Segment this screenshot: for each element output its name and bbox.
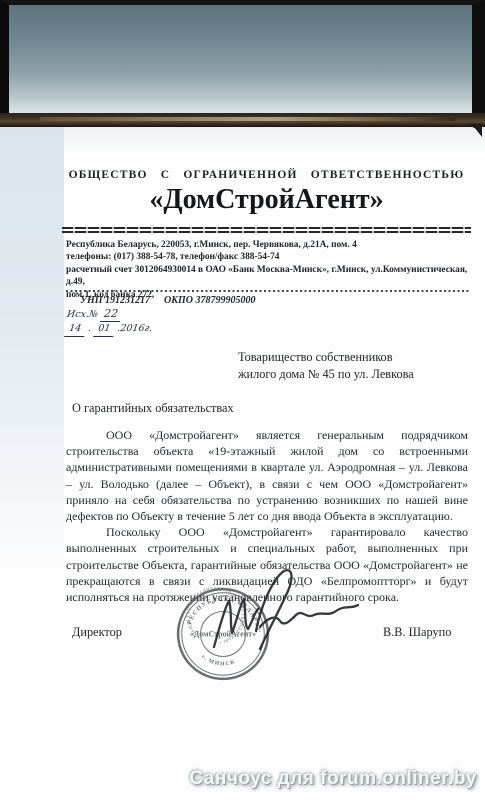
unp-number: УНП 191231217	[80, 295, 150, 306]
outgoing-number-label: Исх.№	[66, 309, 98, 320]
top-scan-shadow	[64, 127, 485, 153]
separator-dotted-line	[66, 290, 471, 292]
company-name: «ДомСтройАгент»	[64, 184, 469, 216]
scanner-lid-background	[0, 0, 485, 113]
separator-double-line	[62, 227, 471, 235]
outgoing-reference-handwritten: Исх.№ 22 14 . 01 .2016г.	[64, 307, 155, 337]
body-paragraph: ООО «Домстройагент» является генеральным…	[66, 427, 468, 524]
okpo-number: ОКПО 378799905000	[164, 295, 256, 306]
date-month: 01	[93, 322, 115, 337]
outgoing-date-line: 14 . 01 .2016г.	[64, 322, 153, 337]
signer-name: В.В. Шарупо	[383, 625, 451, 640]
page-top-shadow-edge	[0, 113, 485, 127]
registration-numbers: УНП 191231217ОКПО 378799905000	[80, 295, 270, 306]
phone-line: телефоны: (017) 388-54-78, телефон/факс …	[66, 251, 471, 263]
bank-account-line: расчетный счет 3012064930014 в ОАО «Банк…	[66, 264, 471, 289]
letter-page: ОБЩЕСТВО С ОГРАНИЧЕННОЙ ОТВЕТСТВЕННОСТЬЮ…	[0, 127, 485, 800]
handwritten-signature	[196, 565, 371, 670]
outgoing-number-line: Исх.№ 22	[66, 307, 155, 322]
date-day: 14	[64, 322, 86, 337]
watermark-caption: Санчоус для forum.onliner.by	[189, 768, 477, 790]
company-address-block: Республика Беларусь, 220053, г.Минск, пе…	[66, 239, 471, 301]
left-scan-shadow	[0, 127, 64, 567]
addressee-line: Товарищество собственников	[238, 349, 414, 366]
address-line: Республика Беларусь, 220053, г.Минск, пе…	[66, 239, 471, 251]
addressee-line: жилого дома № 45 по ул. Левкова	[238, 366, 414, 383]
date-year: 2016г.	[120, 323, 153, 334]
company-legal-form: ОБЩЕСТВО С ОГРАНИЧЕННОЙ ОТВЕТСТВЕННОСТЬЮ	[64, 169, 469, 181]
addressee-block: Товарищество собственников жилого дома №…	[238, 349, 414, 382]
date-separator: .	[88, 323, 92, 334]
outgoing-number-value: 22	[100, 307, 122, 322]
subject-line: О гарантийных обязательствах	[72, 401, 234, 416]
signer-role: Директор	[72, 625, 122, 640]
scanned-letter-screenshot: ОБЩЕСТВО С ОГРАНИЧЕННОЙ ОТВЕТСТВЕННОСТЬЮ…	[0, 0, 485, 800]
